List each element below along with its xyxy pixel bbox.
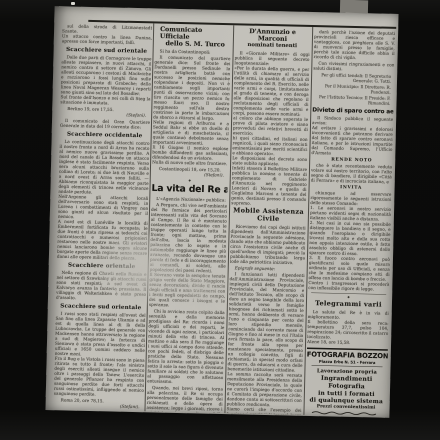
column-dannunzio-assistenza: D'Annunzio e Marconi nominati tenenti Il… — [226, 27, 310, 415]
agency-signature: (Stefani). — [60, 111, 150, 118]
body-paragraph: I russi sono stati respinti all'ovest de… — [54, 311, 146, 398]
article-heading-assistenza-civile: Mobile Assistenza Civile — [231, 207, 306, 224]
article-subheading-nominati-tenenti: nominati tenenti — [235, 41, 310, 49]
body-paragraph: La salute del Re è in via di miglioramen… — [307, 309, 389, 346]
agency-signature: (Stefani). — [152, 171, 228, 178]
ad-squiggle-underline — [311, 411, 381, 416]
body-paragraph: che è stata recentemente veduta volare s… — [311, 163, 392, 185]
body-paragraph: I funzionari tutti dipendenti dall'Ammin… — [226, 271, 304, 415]
article-heading-la-vita-del-re: La vita del Re al campo — [151, 183, 227, 195]
ad-line: Prezzi convenientissimi — [306, 403, 387, 411]
scanned-newspaper-photo: sul della strada di Litzmannstadt Szante… — [0, 0, 440, 440]
section-heading-scacchiere-sud-orientale: Scacchiere sud orientale — [62, 46, 152, 55]
agency-signature: (Stefani). — [54, 402, 144, 409]
signature-line: Per il Municipio: Il Direttore: R. Pande… — [313, 83, 394, 95]
section-heading-scacchiere-occidentale: Scacchiere occidentale — [60, 130, 150, 139]
body-paragraph: A Pergara, chi vive nell'ambiente del Re… — [149, 202, 227, 309]
column-war-bulletins: sul della strada di Litzmannstadt Szante… — [53, 23, 152, 411]
body-paragraph: sul della strada di Litzmannstadt Szante… — [62, 23, 152, 45]
article-heading-telegrammi-varii: Telegrammi varii — [308, 299, 389, 308]
signature-line: Per l'Istituto Tecnico: Il Preside: F. R… — [312, 94, 393, 106]
article-heading-divieto-sparo: Divieto di sparo contro aeronavi — [312, 106, 393, 115]
body-paragraph: Con vivissimi ringraziamenti e con salut… — [313, 61, 394, 73]
ad-address: Piazza Erbe N. 51 - Ferrara — [312, 359, 383, 367]
advertisement-fotografia-bozzoni: FOTOGRAFIA BOZZONI Piazza Erbe N. 51 - F… — [305, 347, 387, 415]
body-paragraph: La continuazione degli attacchi contro i… — [57, 139, 150, 261]
body-paragraph: Dalle due parti di Cornagrove le truppe … — [60, 54, 151, 106]
body-paragraph: Quando, nei brevi riposi, torna alla pal… — [146, 385, 223, 413]
body-paragraph: Chi lo avvicina resta colpito dalla sere… — [147, 308, 225, 385]
signature-line: Per gli uffici tendali: Il Segretario Ge… — [313, 72, 394, 84]
column-communique-king: Comunicato Ufficiale dello S. M. Turco S… — [146, 25, 231, 413]
newspaper-page: sul della strada di Litzmannstadt Szante… — [45, 6, 398, 418]
paper-speck — [71, 2, 75, 5]
body-paragraph: chiunque ad osservare rigorosamente le s… — [308, 190, 391, 292]
body-paragraph: darà perchè l'azione dei deputati provin… — [313, 29, 395, 61]
body-paragraph: Il Sindaco pubblica il seguente avviso: … — [311, 115, 393, 157]
body-paragraph: Il comunicato del quartiere generale dic… — [152, 54, 230, 166]
section-heading-scacchiere-sud-orientale-2: Scacchiere sud orientale — [56, 302, 146, 311]
section-heading-scacchiere-orientale: Scacchiere orientale — [57, 261, 147, 270]
heading-line: dello S. M. Turco — [155, 39, 231, 48]
body-paragraph: Riceviamo dai capi degli istituti dipend… — [230, 224, 306, 266]
body-paragraph: Il comunicato del Gran Quartiere General… — [60, 118, 150, 130]
body-paragraph: Nella regione di Chawli nella Russia e n… — [56, 270, 147, 302]
column-notices-ads: darà perchè l'azione dei deputati provin… — [305, 29, 395, 417]
article-heading-comunicato-ufficiale: Comunicato Ufficiale dello S. M. Turco — [155, 25, 231, 48]
body-paragraph: Il «Giornale Militare» di oggi pubblica … — [231, 50, 309, 207]
